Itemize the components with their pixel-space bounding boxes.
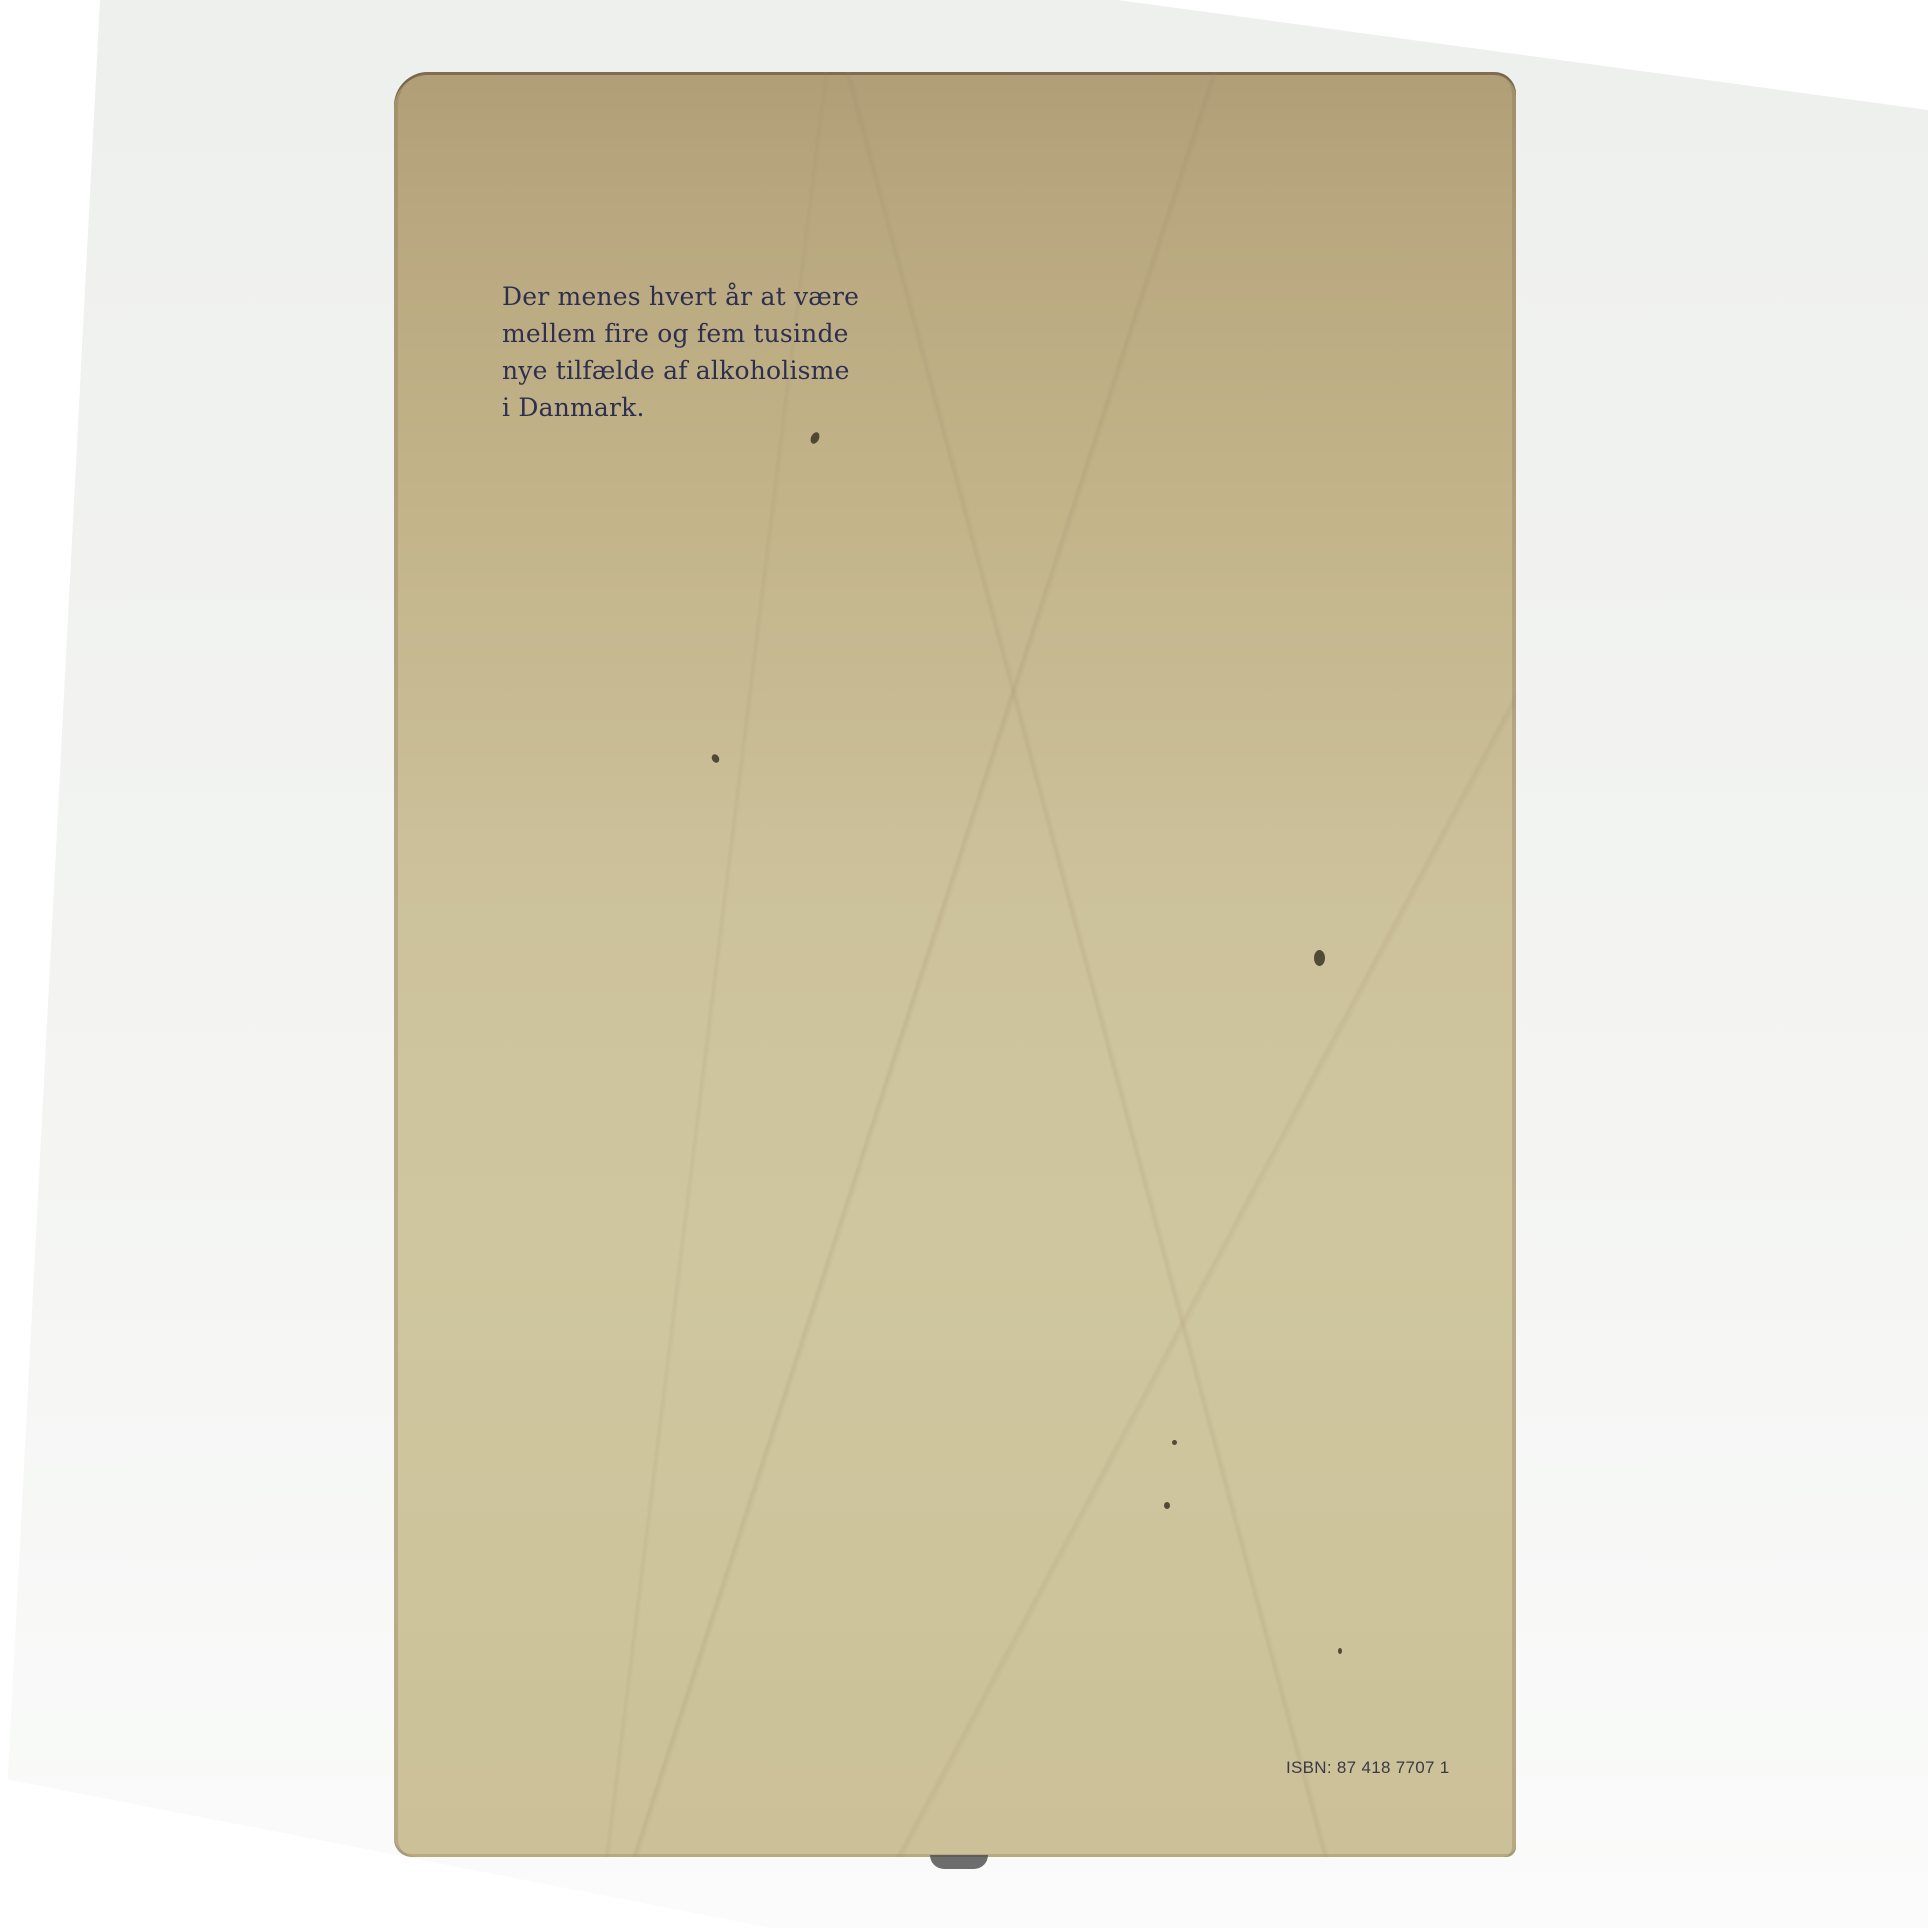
- stain-spot: [1172, 1440, 1177, 1445]
- stain-spot: [809, 431, 821, 445]
- blurb-line: nye tilfælde af alkoholisme: [502, 352, 859, 389]
- blurb-line: mellem fire og fem tusinde: [502, 315, 859, 352]
- book-back-cover: Der menes hvert år at være mellem fire o…: [394, 72, 1516, 1857]
- stain-spot: [1338, 1648, 1342, 1654]
- blurb-line: i Danmark.: [502, 389, 859, 426]
- stain-spot: [710, 753, 721, 764]
- stain-spot: [1314, 950, 1325, 966]
- isbn-number: ISBN: 87 418 7707 1: [1286, 1758, 1450, 1778]
- stain-spot: [1164, 1502, 1170, 1509]
- book-support-clip: [930, 1855, 988, 1869]
- back-cover-blurb: Der menes hvert år at være mellem fire o…: [502, 278, 859, 426]
- blurb-line: Der menes hvert år at være: [502, 278, 859, 315]
